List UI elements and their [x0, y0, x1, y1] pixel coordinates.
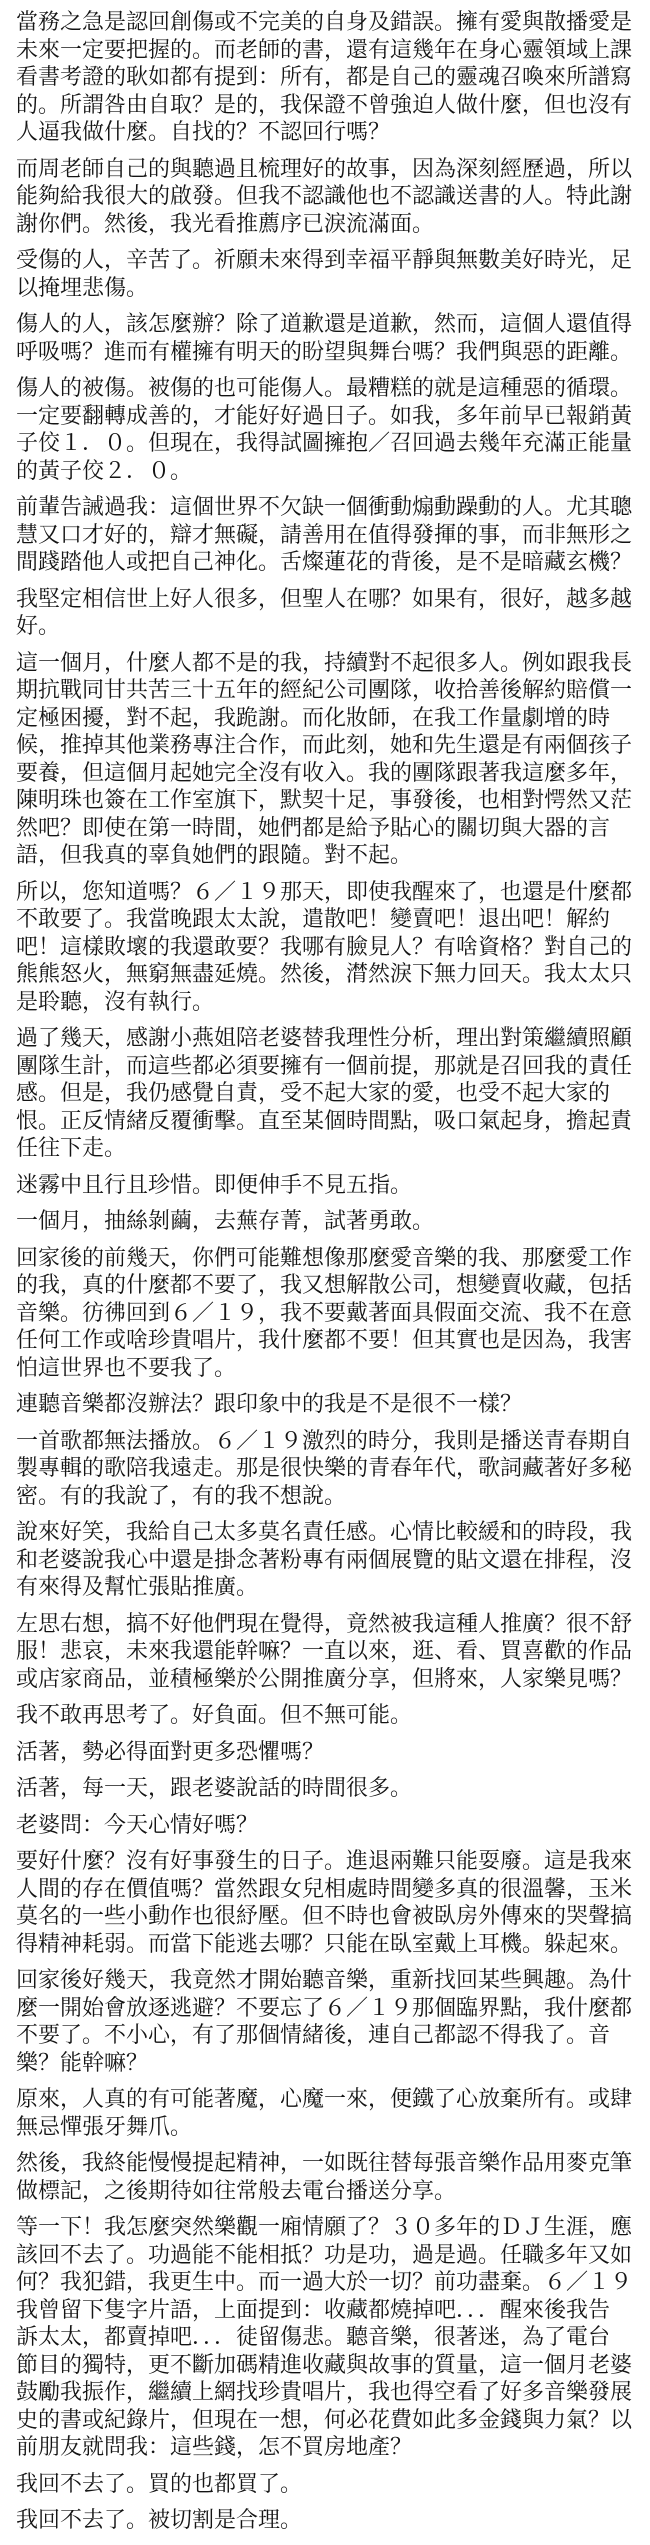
text-line: 前朋友就問我：這些錢，怎不買房地產？ [16, 2434, 640, 2462]
text-line: 子佼１．０。但現在，我得試圖擁抱／召回過去幾年充滿正能量 [16, 430, 640, 458]
paragraph: 當務之急是認回創傷或不完美的自身及錯誤。擁有愛與散播愛是 未來一定要把握的。而老… [16, 9, 640, 147]
text-line: 當務之急是認回創傷或不完美的自身及錯誤。擁有愛與散播愛是 [16, 9, 640, 37]
text-line: 看書考證的耿如都有提到：所有，都是自己的靈魂召喚來所譜寫 [16, 64, 640, 92]
text-line: 傷人的人，該怎麼辦？除了道歉還是道歉，然而，這個人還值得 [16, 311, 640, 339]
text-line: 是聆聽，沒有執行。 [16, 989, 640, 1017]
text-line: 音樂。彷彿回到６／１９，我不要戴著面具假面交流、我不在意 [16, 1300, 640, 1328]
text-line: 得精神耗弱。而當下能逃去哪？只能在臥室戴上耳機。躲起來。 [16, 1931, 640, 1959]
text-line: 不要了。不小心，有了那個情緒後，連自己都認不得我了。音 [16, 2022, 640, 2050]
text-line: 節目的獨特，更不斷加碼精進收藏與故事的質量，這一個月老婆 [16, 2352, 640, 2380]
text-line: 原來，人真的有可能著魔，心魔一來，便鐵了心放棄所有。或肆 [16, 2086, 640, 2114]
text-line: 我曾留下隻字片語，上面提到：收藏都燒掉吧．．．醒來後我告 [16, 2297, 640, 2325]
paragraph: 傷人的人，該怎麼辦？除了道歉還是道歉，然而，這個人還值得 呼吸嗎？進而有權擁有明… [16, 311, 640, 366]
text-line: 所以，您知道嗎？６／１９那天，即使我醒來了，也還是什麼都 [16, 879, 640, 907]
paragraph: 過了幾天，感謝小燕姐陪老婆替我理性分析，理出對策繼續照顧 團隊生計，而這些都必須… [16, 1025, 640, 1163]
text-line: 然吧？即使在第一時間，她們都是給予貼心的關切與大器的言 [16, 815, 640, 843]
text-line: 怕這世界也不要我了。 [16, 1355, 640, 1383]
text-line: 間踐踏他人或把自己神化。舌燦蓮花的背後，是不是暗藏玄機？ [16, 549, 640, 577]
paragraph: 等一下！我怎麼突然樂觀一廂情願了？３０多年的ＤＪ生涯，應 該回不去了。功過能不能… [16, 2214, 640, 2462]
text-line: 以掩埋悲傷。 [16, 275, 640, 303]
text-line: 活著，每一天，跟老婆說話的時間很多。 [16, 1775, 640, 1803]
text-line: 何？我犯錯，我更生中。而一過大於一切？前功盡棄。６／１９ [16, 2269, 640, 2297]
text-line: 和老婆說我心中還是掛念著粉專有兩個展覽的貼文還在排程，沒 [16, 1547, 640, 1575]
text-line: 等一下！我怎麼突然樂觀一廂情願了？３０多年的ＤＪ生涯，應 [16, 2214, 640, 2242]
text-line: 麼一開始會放逐逃避？不要忘了６／１９那個臨界點，我什麼都 [16, 1995, 640, 2023]
text-line: 我回不去了。買的也都買了。 [16, 2471, 640, 2499]
text-line: 有來得及幫忙張貼推廣。 [16, 1574, 640, 1602]
paragraph: 活著，每一天，跟老婆說話的時間很多。 [16, 1775, 640, 1803]
paragraph: 老婆問：今天心情好嗎？ [16, 1812, 640, 1840]
text-line: 團隊生計，而這些都必須要擁有一個前提，那就是召回我的責任 [16, 1053, 640, 1081]
paragraph: 這一個月，什麼人都不是的我，持續對不起很多人。例如跟我長 期抗戰同甘共苦三十五年… [16, 650, 640, 870]
text-line: 回家後的前幾天，你們可能難想像那麼愛音樂的我、那麼愛工作 [16, 1245, 640, 1273]
paragraph: 所以，您知道嗎？６／１９那天，即使我醒來了，也還是什麼都 不敢要了。我當晚跟太太… [16, 879, 640, 1017]
paragraph: 傷人的被傷。被傷的也可能傷人。最糟糕的就是這種惡的循環。 一定要翻轉成善的，才能… [16, 375, 640, 485]
paragraph: 回家後好幾天，我竟然才開始聽音樂，重新找回某些興趣。為什 麼一開始會放逐逃避？不… [16, 1967, 640, 2077]
text-line: 傷人的被傷。被傷的也可能傷人。最糟糕的就是這種惡的循環。 [16, 375, 640, 403]
paragraph: 一個月，抽絲剝繭，去蕪存菁，試著勇敢。 [16, 1208, 640, 1236]
text-line: 任何工作或啥珍貴唱片，我什麼都不要！但其實也是因為，我害 [16, 1327, 640, 1355]
text-line: 史的書或紀錄片，但現在一想，何必花費如此多金錢與力氣？以 [16, 2407, 640, 2435]
paragraph: 左思右想，搞不好他們現在覺得，竟然被我這種人推廣？很不舒 服！悲哀，未來我還能幹… [16, 1611, 640, 1694]
text-line: 的。所謂咎由自取？是的，我保證不曾強迫人做什麼，但也沒有 [16, 92, 640, 120]
text-line: 人逼我做什麼。自找的？不認回行嗎？ [16, 119, 640, 147]
paragraph: 要好什麼？沒有好事發生的日子。進退兩難只能耍廢。這是我來 人間的存在價值嗎？當然… [16, 1848, 640, 1958]
text-line: 無忌憚張牙舞爪。 [16, 2114, 640, 2142]
paragraph: 我不敢再思考了。好負面。但不無可能。 [16, 1702, 640, 1730]
paragraph: 我回不去了。買的也都買了。 [16, 2471, 640, 2499]
text-line: 的黃子佼２．０。 [16, 458, 640, 486]
text-line: 的我，真的什麼都不要了，我又想解散公司，想變賣收藏，包括 [16, 1272, 640, 1300]
text-line: 熊熊怒火，無窮無盡延燒。然後，潸然淚下無力回天。我太太只 [16, 961, 640, 989]
text-line: 期抗戰同甘共苦三十五年的經紀公司團隊，收拾善後解約賠償一 [16, 677, 640, 705]
text-line: 莫名的一些小動作也很紓壓。但不時也會被臥房外傳來的哭聲搞 [16, 1903, 640, 1931]
text-line: 不敢要了。我當晚跟太太說，遣散吧！變賣吧！退出吧！解約 [16, 906, 640, 934]
paragraph: 一首歌都無法播放。６／１９激烈的時分，我則是播送青春期自 製專輯的歌陪我遠走。那… [16, 1428, 640, 1511]
paragraph: 活著，勢必得面對更多恐懼嗎？ [16, 1739, 640, 1767]
text-line: 要養，但這個月起她完全沒有收入。我的團隊跟著我這麼多年， [16, 760, 640, 788]
text-line: 能夠給我很大的啟發。但我不認識他也不認識送書的人。特此謝 [16, 183, 640, 211]
text-line: 說來好笑，我給自己太多莫名責任感。心情比較緩和的時段，我 [16, 1519, 640, 1547]
paragraph: 迷霧中且行且珍惜。即便伸手不見五指。 [16, 1172, 640, 1200]
text-line: 密。有的我說了，有的我不想說。 [16, 1483, 640, 1511]
paragraph: 回家後的前幾天，你們可能難想像那麼愛音樂的我、那麼愛工作 的我，真的什麼都不要了… [16, 1245, 640, 1383]
text-line: 迷霧中且行且珍惜。即便伸手不見五指。 [16, 1172, 640, 1200]
text-line: 未來一定要把握的。而老師的書，還有這幾年在身心靈領域上課 [16, 37, 640, 65]
post-body: 當務之急是認回創傷或不完美的自身及錯誤。擁有愛與散播愛是 未來一定要把握的。而老… [0, 0, 650, 2545]
text-line: 受傷的人，辛苦了。祈願未來得到幸福平靜與無數美好時光，足 [16, 247, 640, 275]
paragraph: 而周老師自己的與聽過且梳理好的故事，因為深刻經歷過，所以 能夠給我很大的啟發。但… [16, 156, 640, 239]
text-line: 感。但是，我仍感覺自責，受不起大家的愛，也受不起大家的 [16, 1080, 640, 1108]
text-line: 活著，勢必得面對更多恐懼嗎？ [16, 1739, 640, 1767]
text-line: 要好什麼？沒有好事發生的日子。進退兩難只能耍廢。這是我來 [16, 1848, 640, 1876]
text-line: 恨。正反情緒反覆衝擊。直至某個時間點，吸口氣起身，擔起責 [16, 1108, 640, 1136]
text-line: 呼吸嗎？進而有權擁有明天的盼望與舞台嗎？我們與惡的距離。 [16, 339, 640, 367]
text-line: 該回不去了。功過能不能相抵？功是功，過是過。任職多年又如 [16, 2242, 640, 2270]
text-line: 連聽音樂都沒辦法？跟印象中的我是不是很不一樣？ [16, 1391, 640, 1419]
text-line: 一首歌都無法播放。６／１９激烈的時分，我則是播送青春期自 [16, 1428, 640, 1456]
text-line: 我堅定相信世上好人很多，但聖人在哪？如果有，很好，越多越 [16, 586, 640, 614]
text-line: 訴太太，都賣掉吧．．．徒留傷悲。聽音樂，很著迷，為了電台 [16, 2324, 640, 2352]
text-line: 吧！這樣敗壞的我還敢要？我哪有臉見人？有啥資格？對自己的 [16, 934, 640, 962]
text-line: 而周老師自己的與聽過且梳理好的故事，因為深刻經歷過，所以 [16, 156, 640, 184]
text-line: 一定要翻轉成善的，才能好好過日子。如我，多年前早已報銷黃 [16, 403, 640, 431]
text-line: 過了幾天，感謝小燕姐陪老婆替我理性分析，理出對策繼續照顧 [16, 1025, 640, 1053]
text-line: 我回不去了。被切割是合理。 [16, 2507, 640, 2535]
paragraph: 說來好笑，我給自己太多莫名責任感。心情比較緩和的時段，我 和老婆說我心中還是掛念… [16, 1519, 640, 1602]
text-line: 樂？能幹嘛？ [16, 2050, 640, 2078]
text-line: 鼓勵我振作，繼續上網找珍貴唱片，我也得空看了好多音樂發展 [16, 2379, 640, 2407]
text-line: 服！悲哀，未來我還能幹嘛？一直以來，逛、看、買喜歡的作品 [16, 1638, 640, 1666]
paragraph: 然後，我終能慢慢提起精神，一如既往替每張音樂作品用麥克筆 做標記，之後期待如往常… [16, 2150, 640, 2205]
text-line: 好。 [16, 613, 640, 641]
paragraph: 我回不去了。被切割是合理。 [16, 2507, 640, 2535]
text-line: 老婆問：今天心情好嗎？ [16, 1812, 640, 1840]
text-line: 任往下走。 [16, 1135, 640, 1163]
text-line: 然後，我終能慢慢提起精神，一如既往替每張音樂作品用麥克筆 [16, 2150, 640, 2178]
text-line: 左思右想，搞不好他們現在覺得，竟然被我這種人推廣？很不舒 [16, 1611, 640, 1639]
text-line: 語，但我真的辜負她們的跟隨。對不起。 [16, 842, 640, 870]
text-line: 或店家商品，並積極樂於公開推廣分享，但將來，人家樂見嗎？ [16, 1666, 640, 1694]
text-line: 前輩告誡過我：這個世界不欠缺一個衝動煽動躁動的人。尤其聰 [16, 494, 640, 522]
paragraph: 前輩告誡過我：這個世界不欠缺一個衝動煽動躁動的人。尤其聰 慧又口才好的，辯才無礙… [16, 494, 640, 577]
paragraph: 連聽音樂都沒辦法？跟印象中的我是不是很不一樣？ [16, 1391, 640, 1419]
text-line: 這一個月，什麼人都不是的我，持續對不起很多人。例如跟我長 [16, 650, 640, 678]
text-line: 慧又口才好的，辯才無礙，請善用在值得發揮的事，而非無形之 [16, 522, 640, 550]
paragraph: 受傷的人，辛苦了。祈願未來得到幸福平靜與無數美好時光，足 以掩埋悲傷。 [16, 247, 640, 302]
text-line: 製專輯的歌陪我遠走。那是很快樂的青春年代，歌詞藏著好多秘 [16, 1455, 640, 1483]
text-line: 人間的存在價值嗎？當然跟女兒相處時間變多真的很溫馨，玉米 [16, 1876, 640, 1904]
text-line: 做標記，之後期待如往常般去電台播送分享。 [16, 2178, 640, 2206]
text-line: 我不敢再思考了。好負面。但不無可能。 [16, 1702, 640, 1730]
paragraph: 原來，人真的有可能著魔，心魔一來，便鐵了心放棄所有。或肆 無忌憚張牙舞爪。 [16, 2086, 640, 2141]
text-line: 陳明珠也簽在工作室旗下，默契十足，事發後，也相對愕然又茫 [16, 787, 640, 815]
text-line: 一個月，抽絲剝繭，去蕪存菁，試著勇敢。 [16, 1208, 640, 1236]
text-line: 回家後好幾天，我竟然才開始聽音樂，重新找回某些興趣。為什 [16, 1967, 640, 1995]
text-line: 謝你們。然後，我光看推薦序已淚流滿面。 [16, 211, 640, 239]
text-line: 定極困擾，對不起，我跪謝。而化妝師，在我工作量劇增的時 [16, 705, 640, 733]
paragraph: 我堅定相信世上好人很多，但聖人在哪？如果有，很好，越多越 好。 [16, 586, 640, 641]
text-line: 候，推掉其他業務專注合作，而此刻，她和先生還是有兩個孩子 [16, 732, 640, 760]
